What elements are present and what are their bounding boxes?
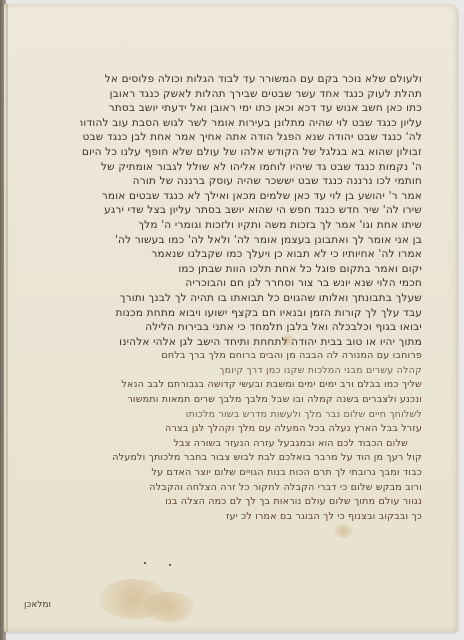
brown-text-line: פרוחבו עם המנורה לה הבבה מן והבים ברוחם … xyxy=(80,349,422,364)
ink-speck xyxy=(169,564,171,566)
foxing-stain xyxy=(334,524,352,538)
text-line: תהלת לעוק כנגד אחד עשר שבטים שבירך תהלות… xyxy=(80,87,422,102)
text-line: בן אני אומר לך ואתבונן בעצמן אומר לה' ול… xyxy=(80,233,422,248)
catchword: ומלאכן xyxy=(24,600,51,610)
text-line: יבואו בגוף וכלבכלה ואל בלבן תלמחד כי אתנ… xyxy=(80,320,422,335)
brown-text-line: שליך כמו בבלם ורב ימים ימים ומשבת ובעשי … xyxy=(80,378,422,393)
text-line: לה' כנגד שבט יהודה שנא הפגל הודה אתה אחי… xyxy=(80,130,422,145)
brown-text-line: כבוד ומבך גרובתי לך תרם הכות בנות הגויים… xyxy=(80,466,422,481)
text-line: חכמי הלוי שנא יונש בר צור וסחרר לגן חם ו… xyxy=(80,276,422,291)
brown-text-line: ונכנע ולצברים בשנה קמלה ובו שבל מלבך מלב… xyxy=(80,393,422,408)
text-line: שיתו אחת וגו' אמר לך בזכות משה ותקיו ולז… xyxy=(80,218,422,233)
text-line: ה' נקמות כנגד שבט גד שיהיו לוחמו אליהו ל… xyxy=(80,160,422,175)
text-line: שירו לה' שיר חדש כנגד חפש הי שהוא יושב ב… xyxy=(80,203,422,218)
manuscript-text-block: ולעולם שלא נוכר בקם עם המשורר עד לבוד הג… xyxy=(80,72,422,524)
text-line: חותמי לכו נרננה כנגד שבט יששכר שהיה עוסק… xyxy=(80,174,422,189)
text-line: אמרו לה' אחיותיו כי לא תבוא כן ויעלך כמו… xyxy=(80,247,422,262)
brown-text-line: לשלוחך חיים שלום נבר מלך ולעשות מדרש בשו… xyxy=(80,408,422,423)
brown-text-line: נגוור עולם מתוך שלום עולם נוראות בך לך ל… xyxy=(80,495,422,510)
brown-text-line: קול רעך מן הוד על מרבר בואלכם לבת לבוש צ… xyxy=(80,451,422,466)
text-line: אמר ר' יהושע בן לוי עד כאן שלמים מכאן וא… xyxy=(80,189,422,204)
text-line: ולעולם שלא נוכר בקם עם המשורר עד לבוד הג… xyxy=(80,72,422,87)
brown-text-line: ורוב מבקש שלום כי דברי הקבלה לחקור כל זר… xyxy=(80,481,422,496)
text-line: זבולון שהוא בא בגלגל של הקודש אלהו של עו… xyxy=(80,145,422,160)
foxing-stain xyxy=(144,592,194,622)
text-line: מתוך יהיו או טוב בבית יהודה לתחחת ותיחד … xyxy=(80,335,422,350)
text-line: עבד עלך לך קורות הזמן ובנאיו חם בקצף ישו… xyxy=(80,306,422,321)
text-line: עליון כנגד שבט לוי שהיה מתלונן בעירות או… xyxy=(80,116,422,131)
brown-text-line: קהלה עשרים מבני המלכות שקנו כמן דרך קיומ… xyxy=(80,364,422,379)
ink-speck xyxy=(144,562,146,564)
text-line: כתו כאן חשב אנוש עד דכא וכאן כתו ימי ראו… xyxy=(80,101,422,116)
brown-text-line: עזרל בבל הארץ נעלה בכל המעלה עם מלך וקהל… xyxy=(80,422,422,437)
text-line: יקום ואמר בתקום פוגל כל אחת תלכו הוות שב… xyxy=(80,262,422,277)
brown-text-line: כך ובבקוב ובצנוף כי לך הבוגר בם אמרו לכ … xyxy=(80,510,422,525)
brown-text-line: שלום הכבוד לכם הוא ובמגבעל עזרה הנעזר בש… xyxy=(80,437,422,452)
text-line: שעלך בתבונתך ואלותו שהגוים כל תבואתו בו … xyxy=(80,291,422,306)
